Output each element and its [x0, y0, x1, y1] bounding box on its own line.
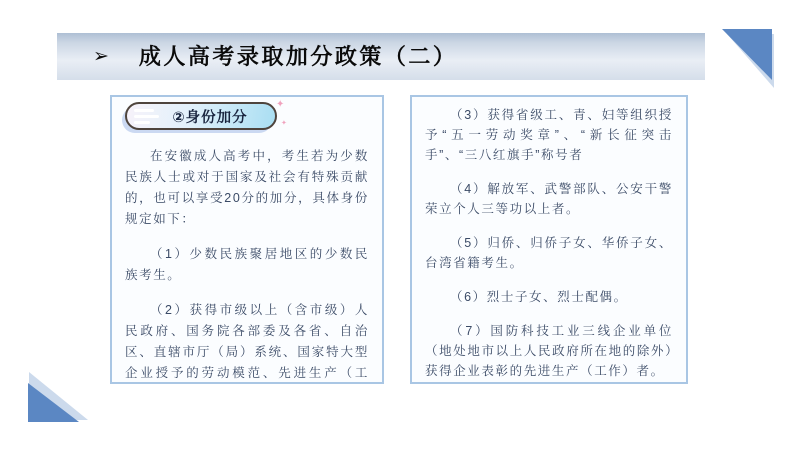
sparkle-icon: ✦	[281, 120, 287, 127]
speed-lines-icon	[134, 109, 159, 124]
sparkle-icon: ✦	[276, 100, 284, 110]
identity-bonus-panel: ②身份加分 ✦ ✦ 在安徽成人高考中，考生若为少数民族人士或对于国家及社会有特殊…	[110, 95, 384, 384]
policy-item-5: （5）归侨、归侨子女、华侨子女、台湾省籍考生。	[425, 233, 673, 273]
intro-paragraph: 在安徽成人高考中，考生若为少数民族人士或对于国家及社会有特殊贡献的，也可以享受2…	[125, 146, 369, 230]
policy-item-2: （2）获得市级以上（含市级）人民政府、国务院各部委及各省、自治区、直辖市厅（局）…	[125, 300, 369, 384]
arrow-bullet-icon: ➢	[93, 47, 109, 66]
corner-decoration-bottom-left-icon	[18, 364, 98, 428]
policy-list-panel: （3）获得省级工、青、妇等组织授予“五一劳动奖章”、“新长征突击手”、“三八红旗…	[410, 95, 688, 384]
policy-item-4: （4）解放军、武警部队、公安干警荣立个人三等功以上者。	[425, 179, 673, 219]
section-badge: ②身份加分	[125, 102, 277, 130]
slide: ➢ 成人高考录取加分政策（二） ②身份加分 ✦ ✦ 在安徽成人高考中，考生若为少…	[0, 0, 800, 450]
page-title: 成人高考录取加分政策（二）	[139, 46, 458, 68]
policy-item-7: （7）国防科技工业三线企业单位（地处地市以上人民政府所在地的除外）获得企业表彰的…	[425, 321, 673, 381]
corner-decoration-top-right-icon	[715, 25, 787, 95]
title-bar: ➢ 成人高考录取加分政策（二）	[57, 33, 705, 80]
section-badge-label: ②身份加分	[159, 106, 275, 127]
policy-item-3: （3）获得省级工、青、妇等组织授予“五一劳动奖章”、“新长征突击手”、“三八红旗…	[425, 105, 673, 165]
policy-item-1: （1）少数民族聚居地区的少数民族考生。	[125, 244, 369, 286]
policy-item-6: （6）烈士子女、烈士配偶。	[425, 287, 673, 307]
